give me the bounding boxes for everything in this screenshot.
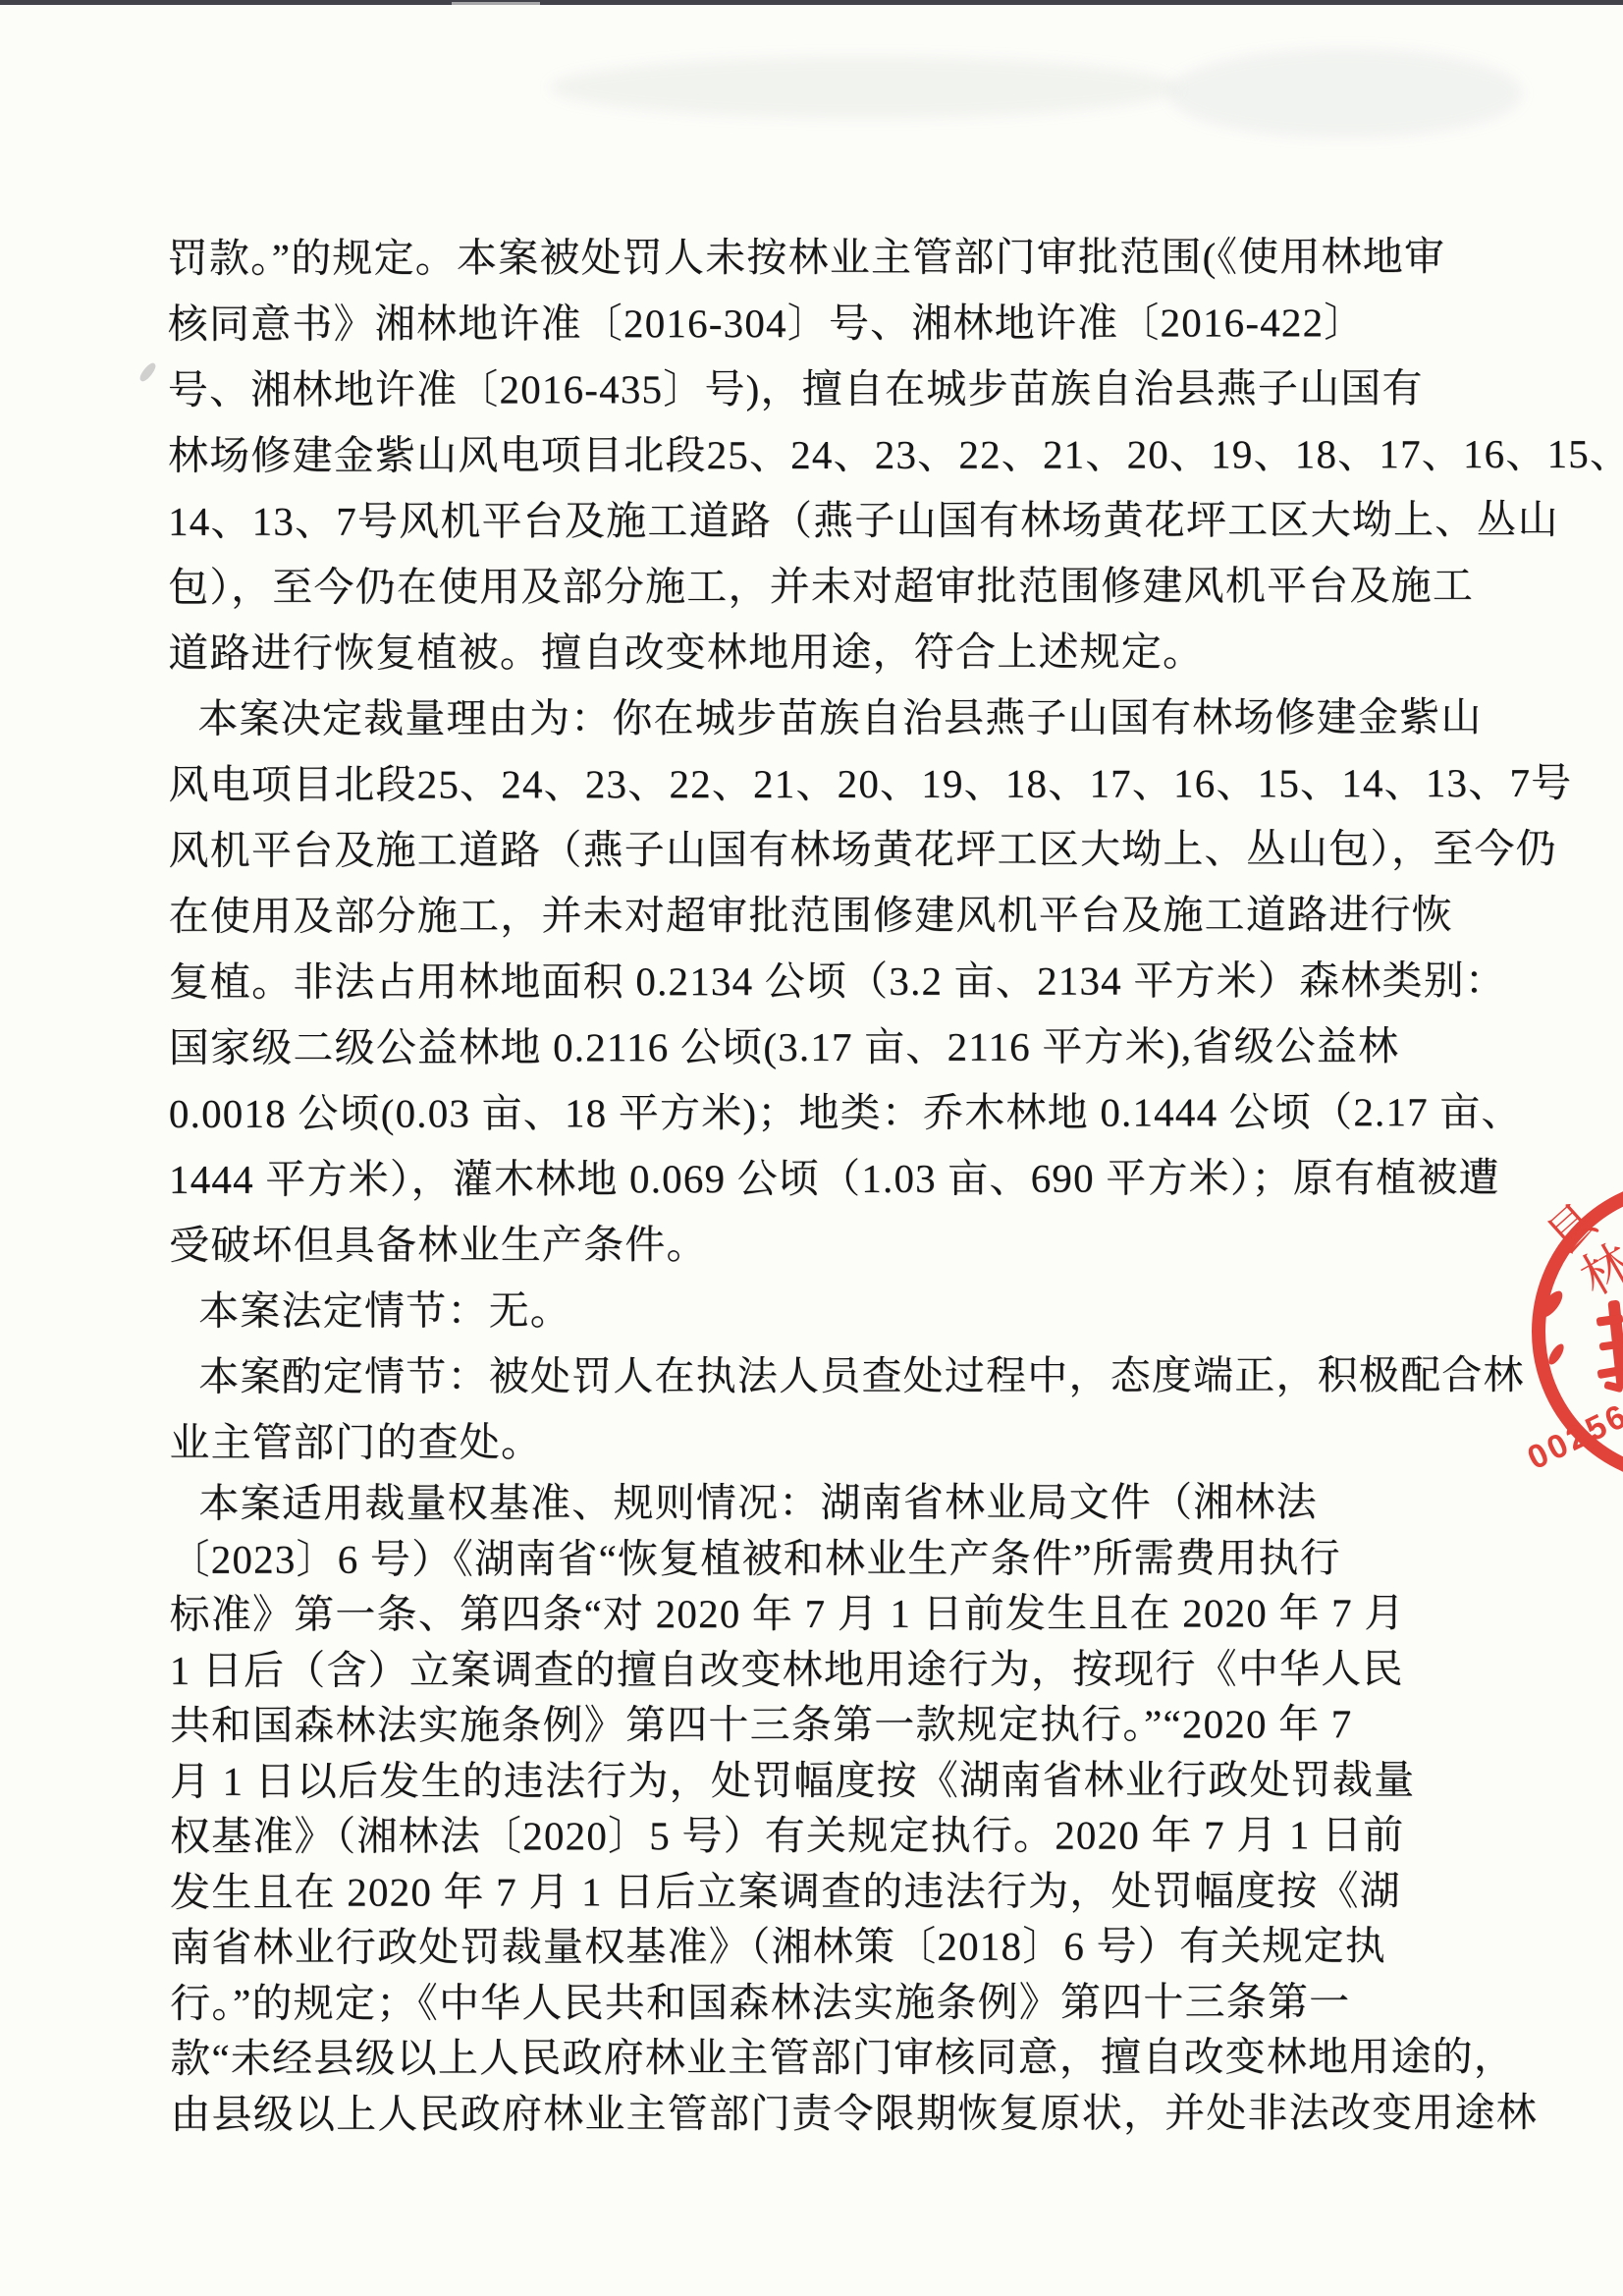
text-line: 本案酌定情节：被处罚人在执法人员查处过程中，态度端正，积极配合林 — [169, 1342, 1475, 1410]
bleed-through-smudge — [1168, 49, 1522, 137]
text-line: 共和国森林法实施条例》第四十三条第一款规定执行。”“2020 年 7 — [170, 1696, 1476, 1753]
text-line: 月 1 日以后发生的违法行为，处罚幅度按《湖南省林业行政处罚裁量 — [170, 1752, 1476, 1809]
text-line: 权基准》（湘林法〔2020〕5 号）有关规定执行。2020 年 7 月 1 日前 — [170, 1807, 1476, 1864]
text-line: 风电项目北段25、24、23、22、21、20、19、18、17、16、15、1… — [168, 750, 1474, 818]
text-line: 受破坏但具备林业生产条件。 — [169, 1211, 1475, 1279]
text-line: 款“未经县级以上人民政府林业主管部门审核同意，擅自改变林地用途的， — [170, 2029, 1476, 2086]
text-line: 业主管部门的查处。 — [169, 1408, 1475, 1476]
text-line: 风机平台及施工道路（燕子山国有林场黄花坪工区大坳上、丛山包），至今仍 — [168, 816, 1474, 884]
paragraph-block-legal-basis: 本案适用裁量权基准、规则情况：湖南省林业局文件（湘林法 〔2023〕6 号）《湖… — [169, 1474, 1476, 2142]
text-line: 道路进行恢复植被。擅自改变林地用途，符合上述规定。 — [168, 619, 1474, 686]
scan-top-edge — [0, 0, 1623, 5]
text-line: 本案决定裁量理由为：你在城步苗族自治县燕子山国有林场修建金紫山 — [168, 684, 1474, 752]
bleed-through-smudge — [550, 57, 1178, 118]
text-line: 号、湘林地许准〔2016-435〕号)，擅自在城步苗族自治县燕子山国有 — [168, 355, 1474, 423]
text-line: 在使用及部分施工，并未对超审批范围修建风机平台及施工道路进行恢 — [169, 882, 1475, 950]
text-line: 本案法定情节：无。 — [169, 1277, 1475, 1344]
text-line: 行。”的规定；《中华人民共和国森林法实施条例》第四十三条第一 — [170, 1974, 1476, 2031]
text-line: 0.0018 公顷(0.03 亩、18 平方米)；地类：乔木林地 0.1444 … — [169, 1079, 1475, 1147]
text-line: 1444 平方米），灌木林地 0.069 公顷（1.03 亩、690 平方米）；… — [169, 1145, 1475, 1213]
seal-serial: 00256 — [1522, 1396, 1623, 1477]
text-line: 1 日后（含）立案调查的擅自改变林地用途行为，按现行《中华人民 — [170, 1641, 1476, 1698]
text-line: 〔2023〕6 号）《湖南省“恢复植被和林业生产条件”所需费用执行 — [169, 1530, 1475, 1587]
text-line: 包），至今仍在使用及部分施工，并未对超审批范围修建风机平台及施工 — [168, 553, 1474, 621]
text-line: 本案适用裁量权基准、规则情况：湖南省林业局文件（湘林法 — [169, 1474, 1475, 1531]
paragraph-block-main: 罚款。”的规定。本案被处罚人未按林业主管部门审批范围(《使用林地审 核同意书》湘… — [168, 224, 1476, 1476]
official-seal-partial: 县 林 00256 — [1522, 1164, 1623, 1498]
text-line: 14、13、7号风机平台及施工道路（燕子山国有林场黄花坪工区大坳上、丛山 — [168, 487, 1474, 555]
scanned-document-page: 罚款。”的规定。本案被处罚人未按林业主管部门审批范围(《使用林地审 核同意书》湘… — [0, 0, 1623, 2296]
text-line: 标准》第一条、第四条“对 2020 年 7 月 1 日前发生且在 2020 年 … — [170, 1585, 1476, 1642]
text-line: 罚款。”的规定。本案被处罚人未按林业主管部门审批范围(《使用林地审 — [168, 224, 1474, 292]
text-line: 复植。非法占用林地面积 0.2134 公顷（3.2 亩、2134 平方米）森林类… — [169, 948, 1475, 1015]
ink-speck — [137, 361, 158, 384]
text-line: 由县级以上人民政府林业主管部门责令限期恢复原状，并处非法改变用途林 — [170, 2085, 1476, 2142]
text-line: 林场修建金紫山风电项目北段25、24、23、22、21、20、19、18、17、… — [168, 421, 1474, 489]
text-line: 发生且在 2020 年 7 月 1 日后立案调查的违法行为，处罚幅度按《湖 — [170, 1863, 1476, 1920]
text-line: 南省林业行政处罚裁量权基准》（湘林策〔2018〕6 号）有关规定执 — [170, 1918, 1476, 1975]
document-body: 罚款。”的规定。本案被处罚人未按林业主管部门审批范围(《使用林地审 核同意书》湘… — [168, 224, 1477, 2142]
text-line: 国家级二级公益林地 0.2116 公顷(3.17 亩、2116 平方米),省级公… — [169, 1013, 1475, 1081]
text-line: 核同意书》湘林地许准〔2016-304〕号、湘林地许准〔2016-422〕 — [168, 290, 1474, 357]
